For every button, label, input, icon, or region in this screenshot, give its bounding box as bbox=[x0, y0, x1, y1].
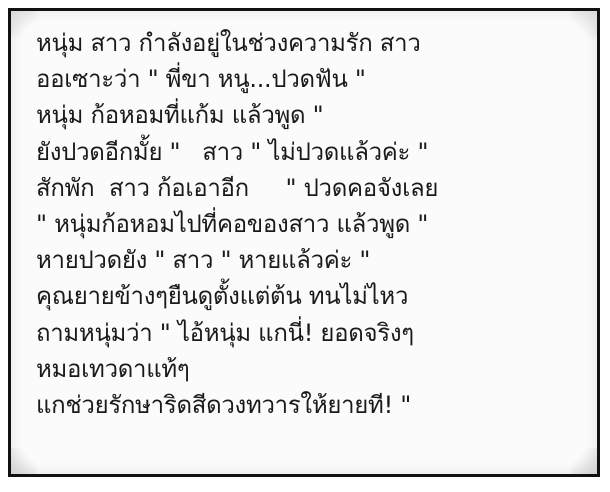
frame-corner-shadow bbox=[11, 448, 37, 474]
text-line: หายปวดยัง " สาว " หายแล้วค่ะ " bbox=[36, 242, 587, 278]
text-line: ยังปวดอีกมั้ย " สาว " ไม่ปวดแล้วค่ะ " bbox=[36, 134, 587, 170]
text-line: ถามหนุ่มว่า " ไอ้หนุ่ม แกนี่! ยอดจริงๆ bbox=[36, 315, 587, 351]
text-line: " หนุ่มก้อหอมไปที่คอของสาว แล้วพูด " bbox=[36, 206, 587, 242]
text-line: หนุ่ม ก้อหอมที่แก้ม แล้วพูด " bbox=[36, 97, 587, 133]
text-line: สักพัก สาว ก้อเอาอีก " ปวดคอจังเลย bbox=[36, 170, 587, 206]
text-line: ออเซาะว่า " พี่ขา หนู...ปวดฟัน " bbox=[36, 61, 587, 97]
text-image-frame: หนุ่ม สาว กำลังอยู่ในช่วงความรัก สาว ออเ… bbox=[8, 8, 600, 477]
text-line: หนุ่ม สาว กำลังอยู่ในช่วงความรัก สาว bbox=[36, 25, 587, 61]
frame-corner-shadow bbox=[11, 11, 37, 37]
text-line: หมอเทวดาแท้ๆ bbox=[36, 351, 587, 387]
frame-corner-shadow bbox=[571, 448, 597, 474]
text-line: แกช่วยรักษาริดสีดวงทวารให้ยายที! " bbox=[36, 387, 587, 423]
joke-text: หนุ่ม สาว กำลังอยู่ในช่วงความรัก สาว ออเ… bbox=[36, 25, 587, 423]
text-line: คุณยายข้างๆยืนดูตั้งแต่ต้น ทนไม่ไหว bbox=[36, 278, 587, 314]
